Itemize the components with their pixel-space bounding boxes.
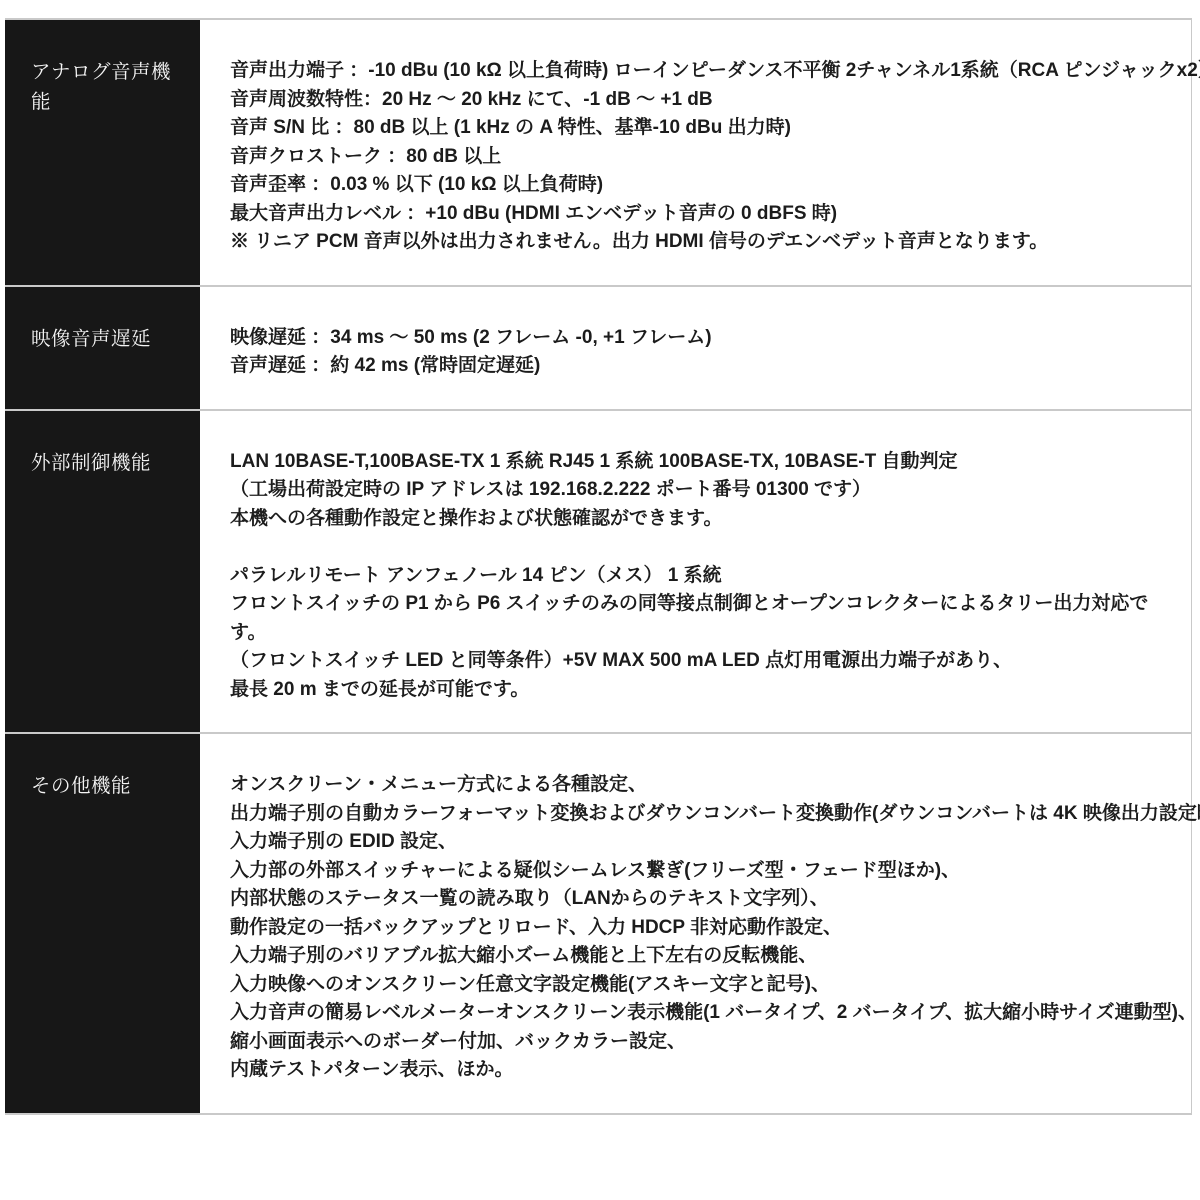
spec-line: （工場出荷設定時の IP アドレスは 192.168.2.222 ポート番号 0…	[230, 476, 1167, 505]
spec-row-content: オンスクリーン・メニュー方式による各種設定、出力端子別の自動カラーフォーマット変…	[200, 734, 1200, 1113]
spec-row-label: その他機能	[5, 734, 200, 1113]
spec-line: オンスクリーン・メニュー方式による各種設定、	[230, 771, 1200, 800]
spec-line: 最大音声出力レベル ：+10 dBu (HDMI エンベデット音声の 0 dBF…	[230, 200, 1200, 229]
spec-line: 内蔵テストパターン表示、ほか。	[230, 1056, 1200, 1085]
spec-line: 音声周波数特性：20 Hz ～ 20 kHz にて、-1 dB ～ +1 dB	[230, 86, 1200, 115]
spec-line: 音声出力端子 ：-10 dBu (10 kΩ 以上負荷時) ローインピーダンス不…	[230, 57, 1200, 86]
spec-line: 音声遅延 ：約 42 ms (常時固定遅延)	[230, 352, 1167, 381]
spec-row-label: 映像音声遅延	[5, 287, 200, 409]
spec-line: 最長 20 m までの延長が可能です。	[230, 676, 1167, 705]
spec-line: 入力音声の簡易レベルメーターオンスクリーン表示機能(1 バータイプ、2 バータイ…	[230, 999, 1200, 1028]
spec-row-content: LAN 10BASE-T,100BASE-TX 1 系統 RJ45 1 系統 1…	[200, 411, 1191, 733]
spec-line: 入力端子別のバリアブル拡大縮小ズーム機能と上下左右の反転機能、	[230, 942, 1200, 971]
spec-line: 映像遅延 ：34 ms ～ 50 ms (2 フレーム -0, +1 フレーム)	[230, 324, 1167, 353]
spec-table: アナログ音声機能音声出力端子 ：-10 dBu (10 kΩ 以上負荷時) ロー…	[5, 18, 1192, 1115]
spec-line: 入力映像へのオンスクリーン任意文字設定機能(アスキー文字と記号)、	[230, 971, 1200, 1000]
spec-row-label: 外部制御機能	[5, 411, 200, 733]
spec-line: 出力端子別の自動カラーフォーマット変換およびダウンコンバート変換動作(ダウンコン…	[230, 800, 1200, 829]
spec-line: 音声歪率 ：0.03 % 以下 (10 kΩ 以上負荷時)	[230, 171, 1200, 200]
spec-row-label: アナログ音声機能	[5, 20, 200, 285]
spec-line: 入力端子別の EDID 設定、	[230, 828, 1200, 857]
spec-line: 本機への各種動作設定と操作および状態確認ができます。	[230, 505, 1167, 534]
spec-line: フロントスイッチの P1 から P6 スイッチのみの同等接点制御とオープンコレク…	[230, 590, 1167, 619]
spec-line: す。	[230, 619, 1167, 648]
spec-line: パラレルリモート アンフェノール 14 ピン（メス） 1 系統	[230, 562, 1167, 591]
spec-line	[230, 533, 1167, 562]
spec-line: 縮小画面表示へのボーダー付加、バックカラー設定、	[230, 1028, 1200, 1057]
spec-line: 音声 S/N 比 ：80 dB 以上 (1 kHz の A 特性、基準-10 d…	[230, 114, 1200, 143]
spec-row: その他機能オンスクリーン・メニュー方式による各種設定、出力端子別の自動カラーフォ…	[5, 732, 1191, 1113]
spec-line: 音声クロストーク ：80 dB 以上	[230, 143, 1200, 172]
spec-line: LAN 10BASE-T,100BASE-TX 1 系統 RJ45 1 系統 1…	[230, 448, 1167, 477]
spec-row-content: 音声出力端子 ：-10 dBu (10 kΩ 以上負荷時) ローインピーダンス不…	[200, 20, 1200, 285]
spec-row-content: 映像遅延 ：34 ms ～ 50 ms (2 フレーム -0, +1 フレーム)…	[200, 287, 1191, 409]
spec-line: ※ リニア PCM 音声以外は出力されません。出力 HDMI 信号のデエンベデッ…	[230, 228, 1200, 257]
spec-row: アナログ音声機能音声出力端子 ：-10 dBu (10 kΩ 以上負荷時) ロー…	[5, 20, 1191, 285]
spec-line: 内部状態のステータス一覧の読み取り（LANからのテキスト文字列）、	[230, 885, 1200, 914]
spec-row: 映像音声遅延映像遅延 ：34 ms ～ 50 ms (2 フレーム -0, +1…	[5, 285, 1191, 409]
spec-line: （フロントスイッチ LED と同等条件）+5V MAX 500 mA LED 点…	[230, 647, 1167, 676]
spec-row: 外部制御機能LAN 10BASE-T,100BASE-TX 1 系統 RJ45 …	[5, 409, 1191, 733]
spec-line: 入力部の外部スイッチャーによる疑似シームレス繋ぎ(フリーズ型・フェード型ほか)、	[230, 857, 1200, 886]
spec-line: 動作設定の一括バックアップとリロード、入力 HDCP 非対応動作設定、	[230, 914, 1200, 943]
